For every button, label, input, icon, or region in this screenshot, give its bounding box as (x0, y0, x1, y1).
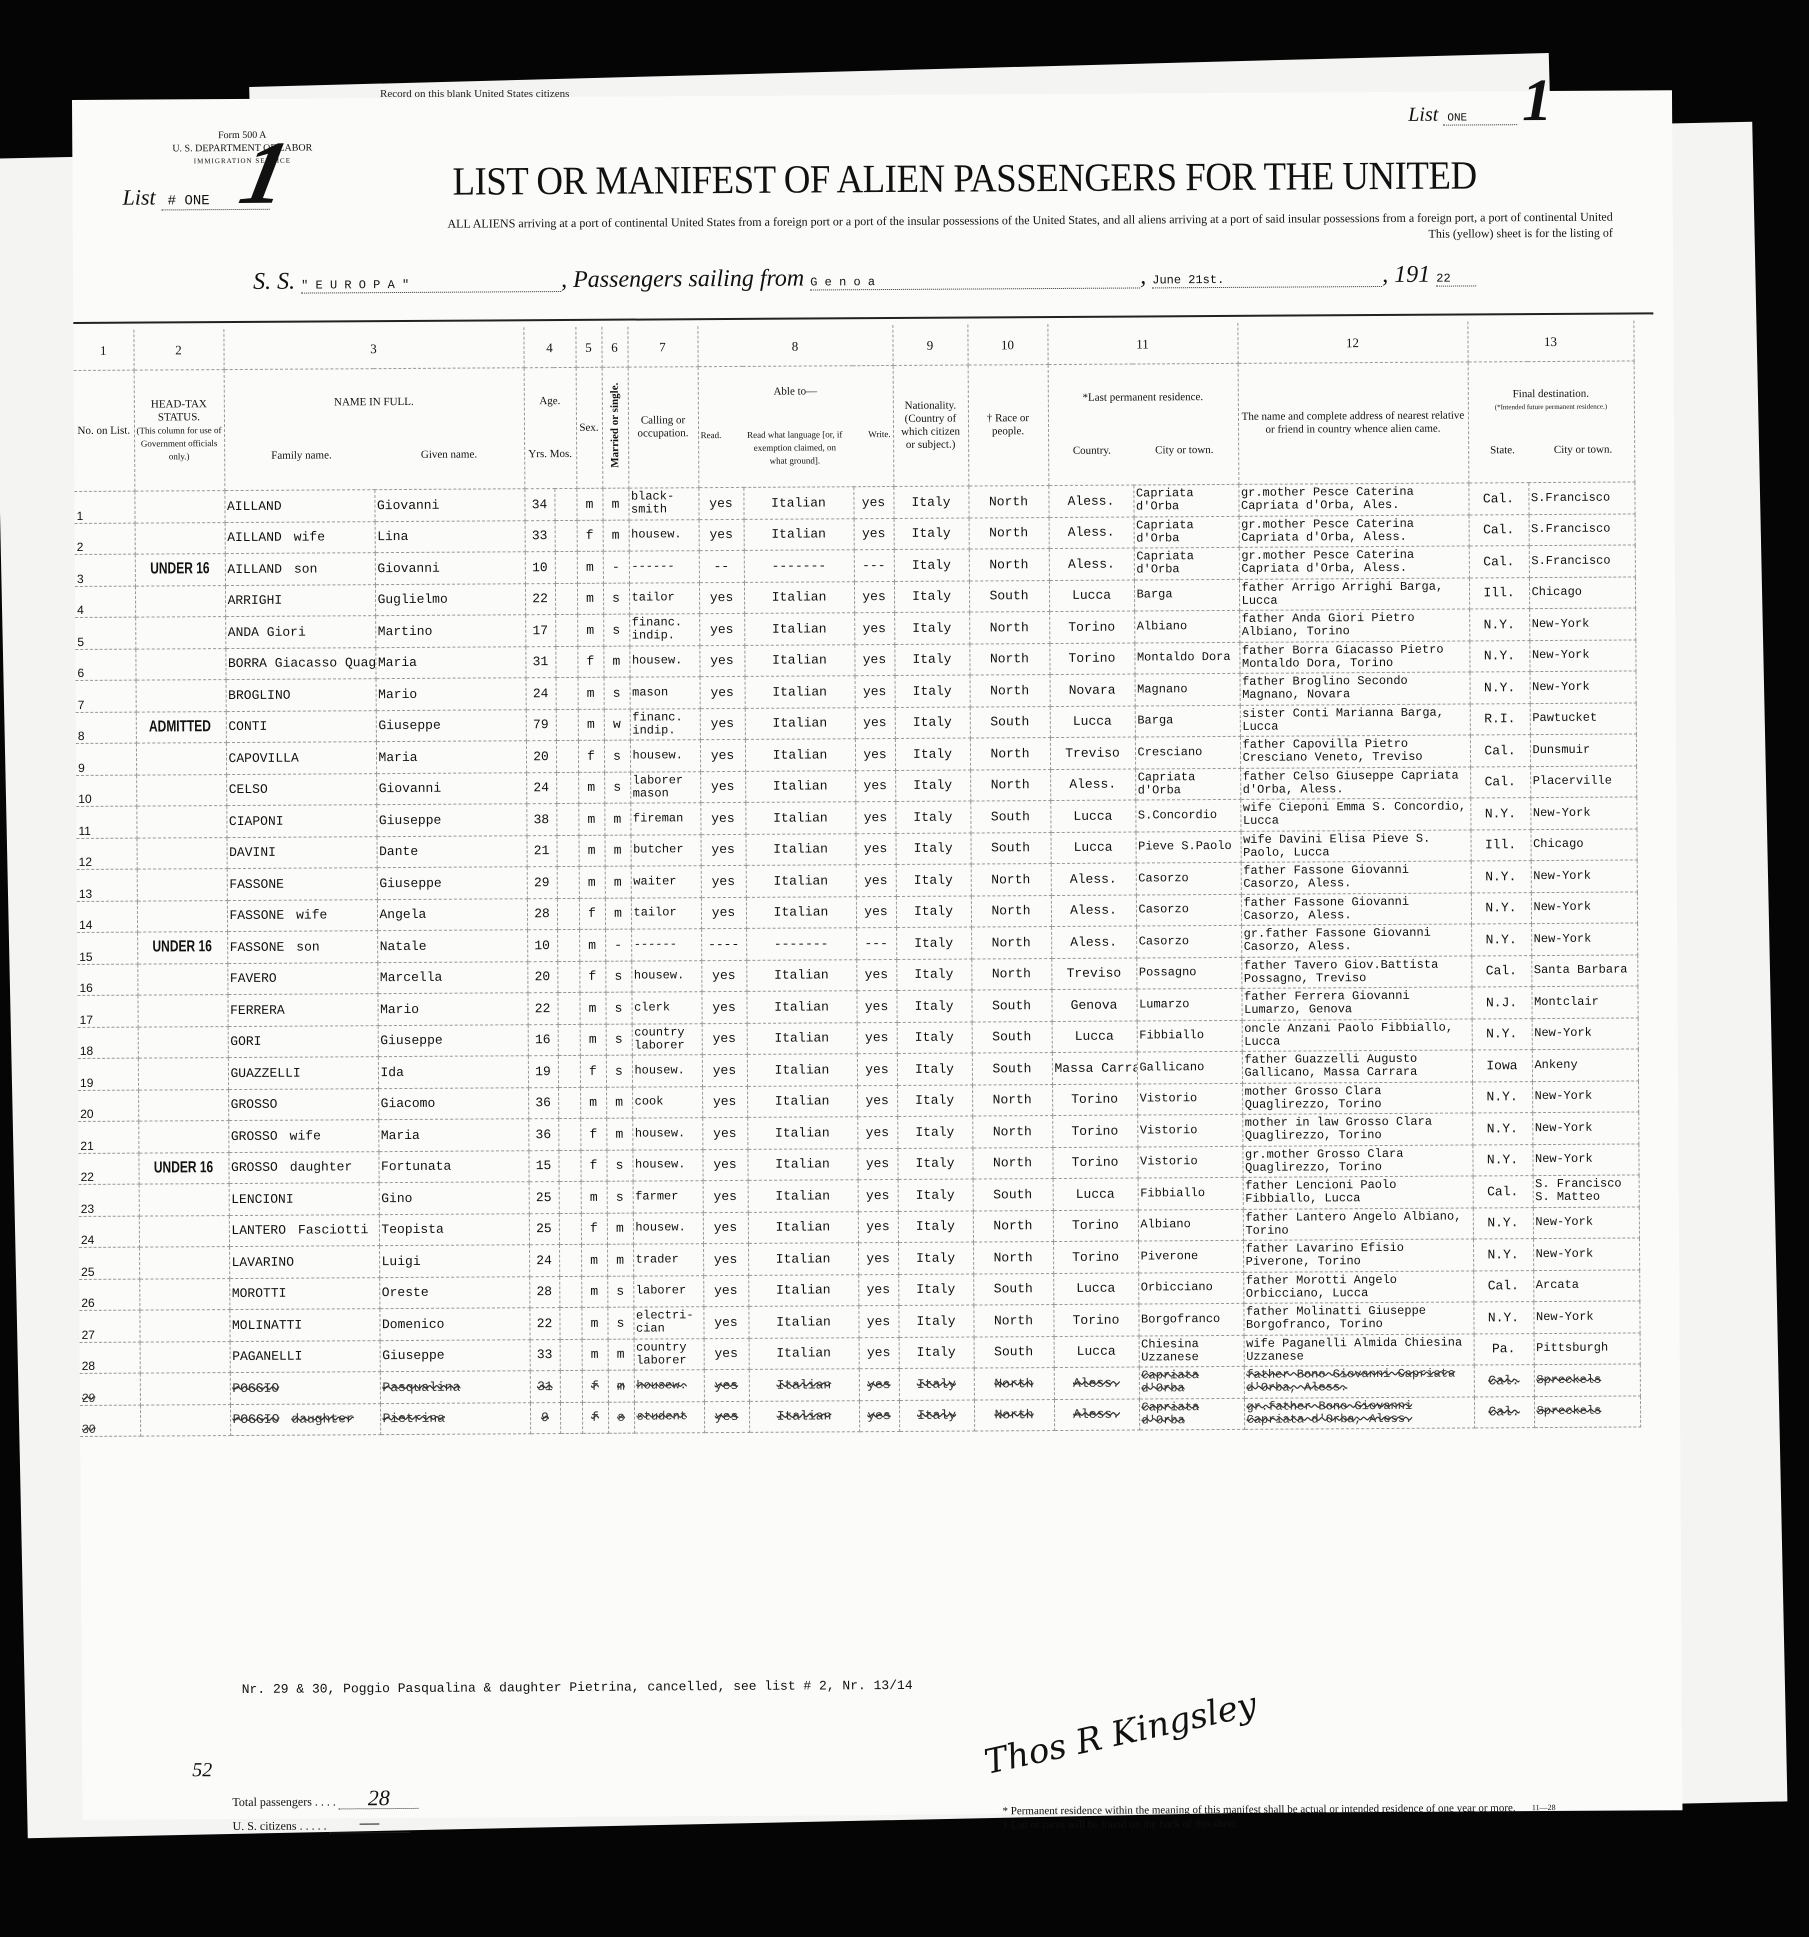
occupation: farmer (633, 1181, 703, 1213)
can-read: yes (702, 1117, 747, 1149)
head-tax-status (147, 774, 215, 806)
last-residence-label: *Last permanent residence. (1050, 391, 1235, 405)
race: North (973, 1242, 1053, 1274)
marital-status: s (604, 772, 630, 804)
dest-state: Cal. (1473, 1176, 1533, 1208)
can-write: yes (855, 770, 895, 802)
sailing-year: 22 (1436, 271, 1476, 286)
nearest-relative: father Celso Giuseppe Capriata d'Orba, A… (1240, 766, 1470, 799)
row-number: 25 (79, 1247, 139, 1279)
given-name: Giovanni (375, 552, 525, 584)
state-label: State. (1490, 444, 1515, 457)
residence-country: Genova (1051, 989, 1136, 1021)
nearest-relative: father Borra Giacasso Pietro Montaldo Do… (1239, 640, 1469, 673)
residence-country: Torino (1049, 611, 1134, 643)
head-tax-status (149, 963, 217, 995)
given-name: Lina (375, 520, 525, 552)
age-years: 10 (527, 930, 557, 962)
relation-text: son (296, 939, 319, 954)
nationality: Italy (897, 1053, 972, 1085)
residence-city: Piverone (1138, 1240, 1243, 1272)
sex: f (579, 898, 605, 930)
can-write: yes (855, 707, 895, 739)
row-number: 12 (77, 838, 137, 870)
race: North (969, 517, 1049, 549)
given-name: Martino (375, 615, 525, 647)
age-years: 20 (527, 961, 557, 993)
sex: m (579, 866, 605, 898)
dest-state: N.Y. (1471, 924, 1531, 956)
head-tax-status (147, 743, 215, 775)
relation-text: son (294, 561, 317, 576)
age-years: 31 (530, 1371, 560, 1403)
marital-status: m (605, 898, 631, 930)
dest-city: Arcata (1533, 1269, 1639, 1301)
dest-city: Santa Barbara (1531, 954, 1637, 986)
can-read: yes (703, 1306, 748, 1338)
age-years: 17 (525, 615, 555, 647)
sex: m (578, 803, 604, 835)
given-name: Ida (378, 1056, 528, 1088)
col-num: 9 (892, 325, 967, 366)
occupation: mason (630, 677, 700, 709)
nearest-relative: gr.father Fassone Giovanni Casorzo, Ales… (1241, 924, 1471, 957)
relation-text: wife (294, 530, 325, 545)
age-months (555, 646, 577, 678)
head-tax-status: UNDER 16 (150, 1152, 218, 1184)
age-months (559, 1213, 581, 1245)
can-write: yes (858, 1211, 898, 1243)
age-years: 19 (528, 1056, 558, 1088)
can-read: yes (699, 582, 744, 614)
family-name: MOLINATTI (229, 1309, 379, 1341)
given-name: Maria (375, 646, 525, 678)
dest-city: Spreckels (1534, 1395, 1640, 1427)
given-name: Mario (377, 993, 527, 1025)
row-number: 15 (77, 932, 137, 964)
dest-city: New-York (1529, 639, 1635, 671)
dest-state: N.Y. (1473, 1302, 1533, 1334)
read-language: Italian (744, 613, 854, 645)
family-name: PAGANELLI (230, 1340, 380, 1372)
residence-country: Novara (1050, 674, 1135, 706)
family-name: LANTEROFasciotti (229, 1214, 379, 1246)
can-write: yes (856, 959, 896, 991)
dest-state: Cal. (1474, 1396, 1534, 1428)
family-name: BORRA Giacasso Quagliotti (225, 647, 375, 679)
race: North (969, 612, 1049, 644)
sex: m (581, 1276, 607, 1308)
read-language: Italian (746, 991, 856, 1023)
row-number: 18 (78, 1027, 138, 1059)
header-age: Age.Yrs. Mos. (524, 367, 577, 488)
can-write: yes (856, 990, 896, 1022)
age-months (558, 1150, 580, 1182)
nearest-relative: wife Paganelli Almida Chiesina Uzzanese (1244, 1333, 1474, 1366)
dest-city: Pawtucket (1530, 702, 1636, 734)
nearest-relative: father Anda Giori Pietro Albiano, Torino (1239, 609, 1469, 642)
nationality: Italy (897, 1148, 972, 1180)
nationality: Italy (894, 644, 969, 676)
relation-text: daughter (291, 1412, 354, 1427)
family-name: LAVARINO (229, 1246, 379, 1278)
residence-city: Vistorio (1137, 1114, 1242, 1146)
col-num: 6 (601, 327, 627, 368)
age-months (557, 961, 579, 993)
age-years: 24 (526, 678, 556, 710)
residence-city: Capriata d'Orba (1134, 547, 1239, 579)
family-name: GROSSOwife (228, 1120, 378, 1152)
read-language: Italian (748, 1211, 858, 1243)
dest-city: Spreckels (1534, 1364, 1640, 1396)
dest-state: Cal. (1474, 1365, 1534, 1397)
dest-city: S.Francisco (1528, 482, 1634, 514)
family-name-text: POGGIO (233, 1412, 280, 1427)
age-months (558, 1087, 580, 1119)
residence-country: Aless. (1054, 1367, 1139, 1399)
married-label: Married or single. (608, 383, 622, 468)
residence-country: Torino (1053, 1210, 1138, 1242)
read-language: Italian (748, 1306, 858, 1338)
head-tax-status (146, 617, 214, 649)
head-tax-status: ADMITTED S.I. (147, 711, 215, 743)
residence-city: Casorzo (1136, 925, 1241, 957)
col-num: 2 (133, 329, 223, 370)
dest-state: N.Y. (1473, 1239, 1533, 1271)
residence-country: Lucca (1051, 832, 1136, 864)
nationality: Italy (896, 990, 971, 1022)
relation-text: wife (290, 1128, 321, 1143)
age-months (560, 1370, 582, 1402)
family-name: CELSO (226, 773, 376, 805)
residence-country: Aless. (1049, 548, 1134, 580)
residence-country: Torino (1053, 1241, 1138, 1273)
list-number-right: List ONE 1 (1408, 66, 1552, 136)
can-write: yes (859, 1368, 899, 1400)
row-number: 16 (77, 964, 137, 996)
residence-city: Capriata d'Orba (1135, 768, 1240, 800)
marital-status: m (608, 1370, 634, 1402)
nationality: Italy (898, 1274, 973, 1306)
nearest-relative: father Morotti Angelo Orbicciano, Lucca (1243, 1270, 1473, 1303)
age-months (558, 1055, 580, 1087)
dest-state: Cal. (1471, 955, 1531, 987)
family-name: ANDA Giori (225, 616, 375, 648)
race: North (969, 643, 1049, 675)
nearest-relative: father Tavero Giov.Battista Possagno, Tr… (1241, 955, 1471, 988)
race: North (968, 486, 1048, 518)
dest-city: New-York (1532, 1112, 1638, 1144)
can-read: yes (703, 1275, 748, 1307)
occupation: financ. indip. (630, 708, 700, 740)
nearest-relative: wife Cieponi Emma S. Concordio, Lucca (1240, 798, 1470, 831)
dest-state: N.J. (1471, 987, 1531, 1019)
manifest-sheet: Form 500 A U. S. DEPARTMENT OF LABOR IMM… (72, 90, 1682, 1820)
residence-city: Montaldo Dora (1134, 642, 1239, 674)
given-name-label: Given name. (421, 449, 477, 462)
row-number: 7 (76, 680, 136, 712)
given-name: Gino (379, 1182, 529, 1214)
occupation: housew. (631, 960, 701, 992)
race: North (972, 1116, 1052, 1148)
age-years: 31 (525, 646, 555, 678)
nearest-relative: father Bono Giovanni Capriata d'Orba, Al… (1244, 1365, 1474, 1398)
can-read: yes (701, 897, 746, 929)
row-number: 30 (80, 1405, 140, 1437)
family-name: CIAPONI (226, 805, 376, 837)
marital-status: s (605, 992, 631, 1024)
read-language: Italian (747, 1054, 857, 1086)
head-tax-status (146, 585, 214, 617)
nationality: Italy (898, 1211, 973, 1243)
dest-state: N.Y. (1470, 672, 1530, 704)
nationality: Italy (894, 549, 969, 581)
read-language: Italian (745, 739, 855, 771)
can-read: ---- (701, 928, 746, 960)
race: North (973, 1210, 1053, 1242)
passenger-rows: 1AILLANDGiovanni34mmblack-smithyesItalia… (74, 482, 1640, 1437)
dest-state: Pa. (1474, 1333, 1534, 1365)
given-name: Angela (377, 898, 527, 930)
can-read: yes (704, 1369, 749, 1401)
row-number: 28 (80, 1342, 140, 1374)
can-read: yes (704, 1401, 749, 1433)
family-name: CONTI (226, 710, 376, 742)
us-citizens-value: — (329, 1812, 409, 1833)
race: North (971, 895, 1051, 927)
head-tax-status (150, 1184, 218, 1216)
race: South (970, 706, 1050, 738)
row-number: 14 (77, 901, 137, 933)
read-language: Italian (748, 1274, 858, 1306)
list-value-right: ONE (1443, 112, 1517, 125)
sex: f (577, 646, 603, 678)
row-number: 11 (76, 806, 136, 838)
dest-city: New-York (1529, 608, 1635, 640)
can-read: yes (700, 676, 745, 708)
can-write: yes (854, 518, 894, 550)
marital-status: m (604, 803, 630, 835)
head-tax-status (148, 806, 216, 838)
can-write: yes (857, 1116, 897, 1148)
dest-city: New-York (1533, 1238, 1639, 1270)
footnote-races: † List of races will be found on the bac… (1003, 1815, 1516, 1832)
header-head-tax: HEAD-TAX STATUS.(This column for use of … (134, 370, 225, 492)
nationality: Italy (895, 801, 970, 833)
age-months (555, 551, 577, 583)
residence-country: Massa Carrara (1052, 1052, 1137, 1084)
residence-country: Aless. (1048, 485, 1133, 517)
residence-country: Aless. (1051, 863, 1136, 895)
nearest-relative: gr.mother Grosso Clara Quaglirezzo, Tori… (1242, 1144, 1472, 1177)
dest-state: N.Y. (1470, 798, 1530, 830)
marital-status: m (607, 1213, 633, 1245)
marital-status: m (605, 866, 631, 898)
head-tax-status (150, 1215, 218, 1247)
nearest-relative: father Broglino Secondo Magnano, Novara (1240, 672, 1470, 705)
can-read: yes (701, 865, 746, 897)
dest-state: N.Y. (1469, 640, 1529, 672)
occupation: financ. indip. (629, 614, 699, 646)
sailing-line: S. S. " E U R O P A ", Passengers sailin… (253, 260, 1633, 295)
race: South (972, 1021, 1052, 1053)
read-language: Italian (749, 1400, 859, 1432)
nearest-relative: gr.mother Pesce Caterina Capriata d'Orba… (1238, 483, 1468, 516)
ship-name: " E U R O P A " (301, 277, 561, 294)
can-write: yes (857, 1022, 897, 1054)
dest-city: Ankeny (1532, 1049, 1638, 1081)
nearest-relative: mother Grosso Clara Quaglirezzo, Torino (1242, 1081, 1472, 1114)
head-tax-status (147, 648, 215, 680)
row-number: 1 (74, 491, 134, 523)
dest-city: S.Francisco (1529, 513, 1635, 545)
head-tax-status (146, 522, 214, 554)
sex: m (578, 772, 604, 804)
age-months (557, 898, 579, 930)
race: North (971, 958, 1051, 990)
sailing-date: June 21st. (1152, 272, 1382, 288)
service: IMMIGRATION SERVICE (132, 154, 352, 168)
can-read: yes (699, 645, 744, 677)
can-read: yes (704, 1338, 749, 1370)
read-language: Italian (744, 644, 854, 676)
sex: f (582, 1370, 608, 1402)
can-read: yes (702, 1023, 747, 1055)
residence-city: Pieve S.Paolo (1136, 831, 1241, 863)
occupation: student (634, 1401, 704, 1433)
sex: m (582, 1339, 608, 1371)
col-num: 5 (575, 327, 601, 368)
col-num: 10 (967, 324, 1047, 365)
nationality: Italy (896, 927, 971, 959)
nearest-relative: father Fassone Giovanni Casorzo, Aless. (1241, 861, 1471, 894)
head-tax-label: HEAD-TAX STATUS. (136, 398, 221, 425)
given-name: Giuseppe (376, 804, 526, 836)
age-months (556, 835, 578, 867)
row-number: 22 (78, 1153, 138, 1185)
nationality: Italy (894, 581, 969, 613)
dest-city: Chicago (1530, 828, 1636, 860)
nationality: Italy (895, 707, 970, 739)
marital-status: m (608, 1339, 634, 1371)
read-language: ------- (746, 928, 856, 960)
mos-label: Mos. (550, 448, 572, 460)
residence-city: Casorzo (1136, 862, 1241, 894)
marital-status: s (605, 961, 631, 993)
dest-state: R.I. (1470, 703, 1530, 735)
write-label: Write. (868, 428, 891, 467)
row-number: 9 (76, 743, 136, 775)
family-name-text: FASSONE (230, 939, 285, 954)
residence-country: Lucca (1050, 800, 1135, 832)
residence-city: Albiano (1134, 610, 1239, 642)
nationality: Italy (893, 486, 968, 518)
marital-status: s (607, 1181, 633, 1213)
age-months (560, 1402, 582, 1434)
header-nationality: Nationality. (Country of which citizen o… (893, 365, 969, 486)
header-occupation: Calling or occupation. (628, 367, 699, 488)
marital-status: s (606, 1150, 632, 1182)
relation-text: wife (296, 908, 327, 923)
family-name-text: AILLAND (227, 530, 282, 545)
dest-city: New-York (1533, 1206, 1639, 1238)
head-tax-status (149, 1089, 217, 1121)
residence-country: Aless. (1051, 926, 1136, 958)
given-name: Mario (376, 678, 526, 710)
sex: f (580, 1118, 606, 1150)
can-read: yes (702, 1149, 747, 1181)
residence-city: Possagno (1136, 957, 1241, 989)
row-number: 3 (75, 554, 135, 586)
age-months (555, 520, 577, 552)
occupation: housew. (632, 1149, 702, 1181)
occupation: ------ (631, 929, 701, 961)
dest-state: Cal. (1469, 546, 1529, 578)
given-name: Giacomo (378, 1087, 528, 1119)
city-label: City or town. (1155, 444, 1213, 457)
age-years: 25 (529, 1213, 559, 1245)
can-read: yes (702, 1054, 747, 1086)
can-write: yes (857, 1085, 897, 1117)
nationality: Italy (897, 1116, 972, 1148)
col-num: 4 (523, 327, 575, 368)
column-headers: No. on List. HEAD-TAX STATUS.(This colum… (74, 361, 1635, 492)
age-months (559, 1276, 581, 1308)
nationality: Italy (898, 1305, 973, 1337)
marital-status: m (603, 520, 629, 552)
read-language: Italian (749, 1369, 859, 1401)
family-name: AILLANDwife (225, 521, 375, 553)
residence-city: Capriata d'Orba (1134, 516, 1239, 548)
nearest-relative: father Fassone Giovanni Casorzo, Aless. (1241, 892, 1471, 925)
dest-city: S. Francisco S. Matteo (1533, 1175, 1639, 1207)
dest-state: Cal. (1473, 1270, 1533, 1302)
residence-country: Lucca (1050, 706, 1135, 738)
family-name: GORI (228, 1025, 378, 1057)
race: South (972, 1053, 1052, 1085)
can-write: yes (856, 864, 896, 896)
age-years: 28 (527, 898, 557, 930)
footnotes: * Permanent residence within the meaning… (1002, 1801, 1515, 1832)
nationality: Italy (895, 675, 970, 707)
residence-city: Fibbiallo (1138, 1177, 1243, 1209)
header-last-residence: *Last permanent residence. Country.City … (1048, 363, 1239, 485)
document-subtitle: ALL ALIENS arriving at a port of contine… (173, 209, 1613, 250)
dest-city: New-York (1532, 1143, 1638, 1175)
can-write: yes (858, 1179, 898, 1211)
occupation: laborer mason (630, 771, 700, 803)
row-number: 5 (75, 617, 135, 649)
nationality: Italy (895, 770, 970, 802)
race: North (974, 1368, 1054, 1400)
cancellation-note: Nr. 29 & 30, Poggio Pasqualina & daughte… (242, 1678, 913, 1697)
row-number: 6 (75, 649, 135, 681)
marital-status: s (603, 614, 629, 646)
dest-state: Cal. (1470, 766, 1530, 798)
dest-state: Ill. (1469, 577, 1529, 609)
can-read: yes (703, 1212, 748, 1244)
occupation: electri-cian (633, 1307, 703, 1339)
head-tax-status (151, 1373, 219, 1405)
nationality: Italy (896, 896, 971, 928)
family-name-text: LANTERO (231, 1223, 286, 1238)
header-final-destination: Final destination. (*Intended future per… (1468, 361, 1635, 483)
residence-city: Barga (1135, 705, 1240, 737)
age-years: 36 (528, 1119, 558, 1151)
head-tax-status (148, 837, 216, 869)
age-years: 29 (527, 867, 557, 899)
family-name: LENCIONI (229, 1183, 379, 1215)
